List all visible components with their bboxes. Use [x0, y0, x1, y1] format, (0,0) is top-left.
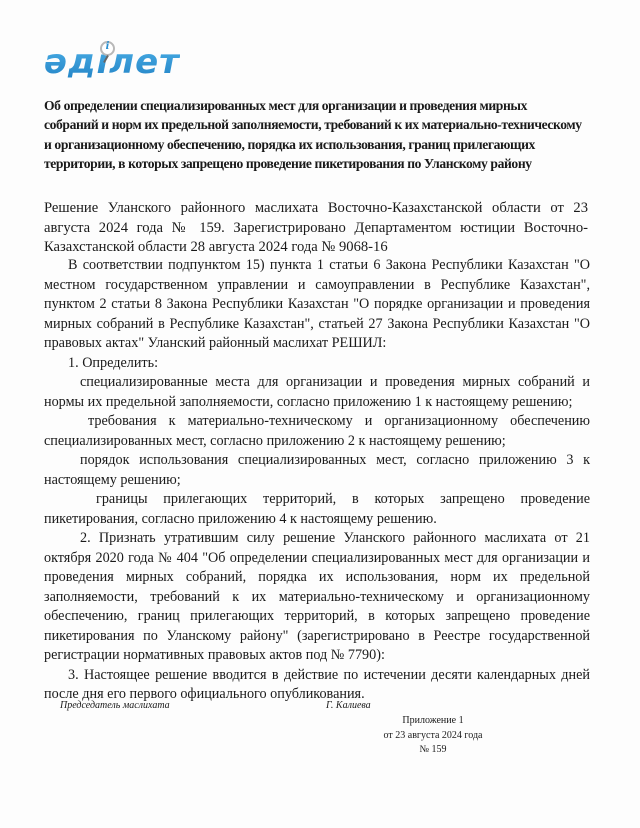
- clause-2-paragraph: 2. Признать утратившим силу решение Улан…: [44, 529, 590, 666]
- signatory-name: Г. Калиева: [326, 699, 371, 713]
- document-title: Об определении специализированных мест д…: [44, 96, 584, 174]
- clause-1-item-2: требования к материально-техническому и …: [44, 412, 590, 451]
- info-letter: i: [102, 41, 113, 52]
- appendix-header: Приложение 1 от 23 августа 2024 года № 1…: [380, 714, 486, 758]
- document-body: В соответствии подпунктом 15) пункта 1 с…: [44, 256, 590, 705]
- appendix-number: № 159: [380, 743, 486, 758]
- clause-1-item-4: границы прилегающих территорий, в которы…: [44, 490, 590, 529]
- clause-1-item-3: порядок использования специализированных…: [44, 451, 590, 490]
- appendix-label: Приложение 1: [380, 714, 486, 729]
- magnifier-icon: i: [100, 41, 115, 56]
- signatory-position: Председатель маслихата: [60, 699, 170, 713]
- clause-1-item-1: специализированные места для организации…: [44, 373, 590, 412]
- adilet-logo[interactable]: әділет i: [44, 40, 184, 85]
- preamble-paragraph: В соответствии подпунктом 15) пункта 1 с…: [44, 256, 590, 354]
- appendix-date: от 23 августа 2024 года: [380, 729, 486, 744]
- clause-1-heading: 1. Определить:: [44, 354, 590, 374]
- document-subtitle: Решение Уланского районного маслихата Во…: [44, 199, 588, 258]
